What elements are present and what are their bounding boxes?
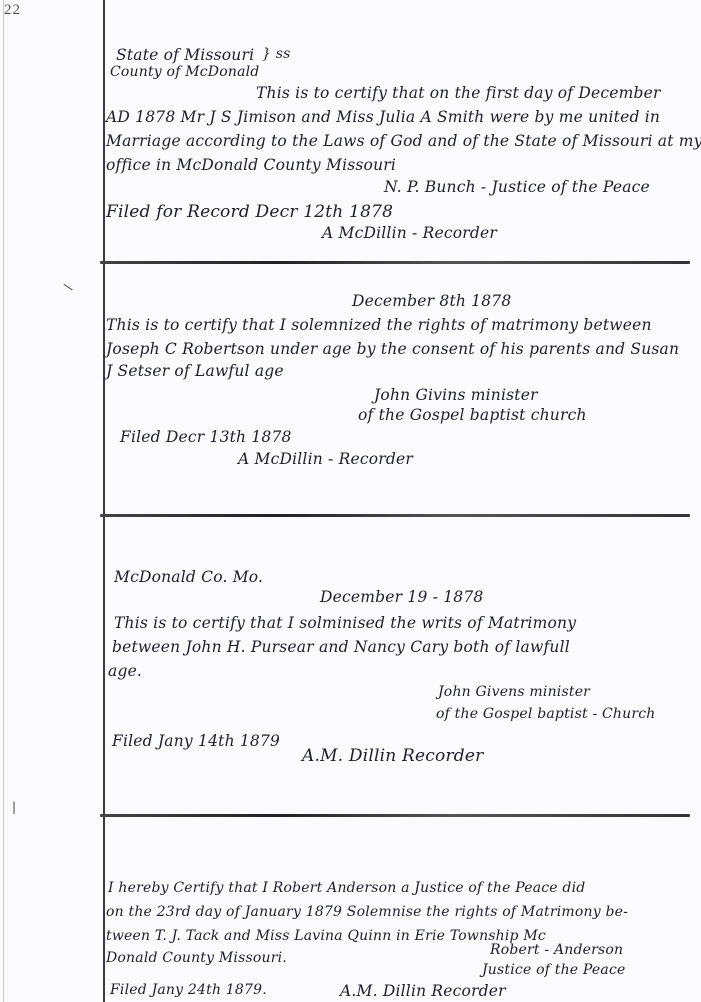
stray-mark: \ (62, 280, 74, 293)
record-text-line: Marriage according to the Laws of God an… (106, 132, 701, 150)
record-text-line: on the 23rd day of January 1879 Solemnis… (106, 904, 628, 920)
officiant-signature: N. P. Bunch - Justice of the Peace (384, 178, 650, 196)
record-text-line: I hereby Certify that I Robert Anderson … (108, 880, 585, 896)
page-edge-line (3, 0, 4, 1002)
record-text-line: Joseph C Robertson under age by the cons… (106, 340, 679, 358)
recorder-signature: A.M. Dillin Recorder (302, 746, 483, 766)
record-divider (100, 514, 690, 517)
filed-date: Filed for Record Decr 12th 1878 (106, 202, 393, 222)
record-county-header: County of McDonald (110, 64, 259, 80)
record-text-line: J Setser of Lawful age (106, 362, 284, 380)
filed-date: Filed Jany 24th 1879. (110, 982, 267, 998)
record-date: December 8th 1878 (352, 292, 511, 310)
record-text-line: office in McDonald County Missouri (106, 156, 396, 174)
officiant-signature: John Givens minister (438, 684, 590, 700)
record-text-line: This is to certify that I solemnized the… (106, 316, 652, 334)
record-text-line: tween T. J. Tack and Miss Lavina Quinn i… (106, 928, 546, 944)
officiant-title: Justice of the Peace (482, 962, 625, 978)
officiant-title: of the Gospel baptist church (358, 406, 587, 424)
record-text-line: Donald County Missouri. (106, 950, 287, 966)
record-state-header: State of Missouri (116, 46, 254, 64)
record-county-header: McDonald Co. Mo. (114, 568, 263, 586)
record-text-line: age. (108, 662, 142, 680)
record-ss-brace: } ss (262, 46, 291, 62)
record-divider (100, 814, 690, 817)
filed-date: Filed Decr 13th 1878 (120, 428, 292, 446)
officiant-title: of the Gospel baptist - Church (436, 706, 656, 722)
record-text-line: AD 1878 Mr J S Jimison and Miss Julia A … (106, 108, 660, 126)
recorder-signature: A.M. Dillin Recorder (340, 982, 506, 1000)
officiant-signature: Robert - Anderson (490, 942, 623, 958)
filed-date: Filed Jany 14th 1879 (112, 732, 280, 750)
officiant-signature: John Givins minister (374, 386, 538, 404)
record-text-line: This is to certify that I solminised the… (114, 614, 576, 632)
record-text-line: between John H. Pursear and Nancy Cary b… (112, 638, 570, 656)
recorder-signature: A McDillin - Recorder (322, 224, 497, 242)
stray-mark: | (12, 800, 16, 814)
record-divider (100, 261, 690, 264)
margin-rule (103, 0, 105, 1002)
page-number: 22 (4, 2, 21, 19)
record-text-line: This is to certify that on the first day… (256, 84, 661, 102)
recorder-signature: A McDillin - Recorder (238, 450, 413, 468)
record-date: December 19 - 1878 (320, 588, 483, 606)
